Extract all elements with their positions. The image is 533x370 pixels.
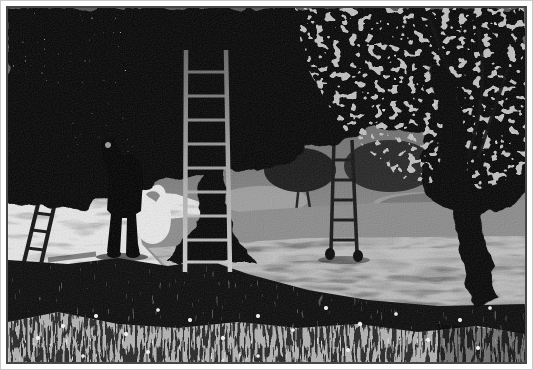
photo-frame: Fruit harvest in an orchard: a picker re… xyxy=(6,6,527,364)
orchard-photo: Fruit harvest in an orchard: a picker re… xyxy=(8,8,525,362)
photo-card: Fruit harvest in an orchard: a picker re… xyxy=(0,0,533,370)
film-grain xyxy=(8,8,525,362)
grain-dark xyxy=(9,9,525,362)
